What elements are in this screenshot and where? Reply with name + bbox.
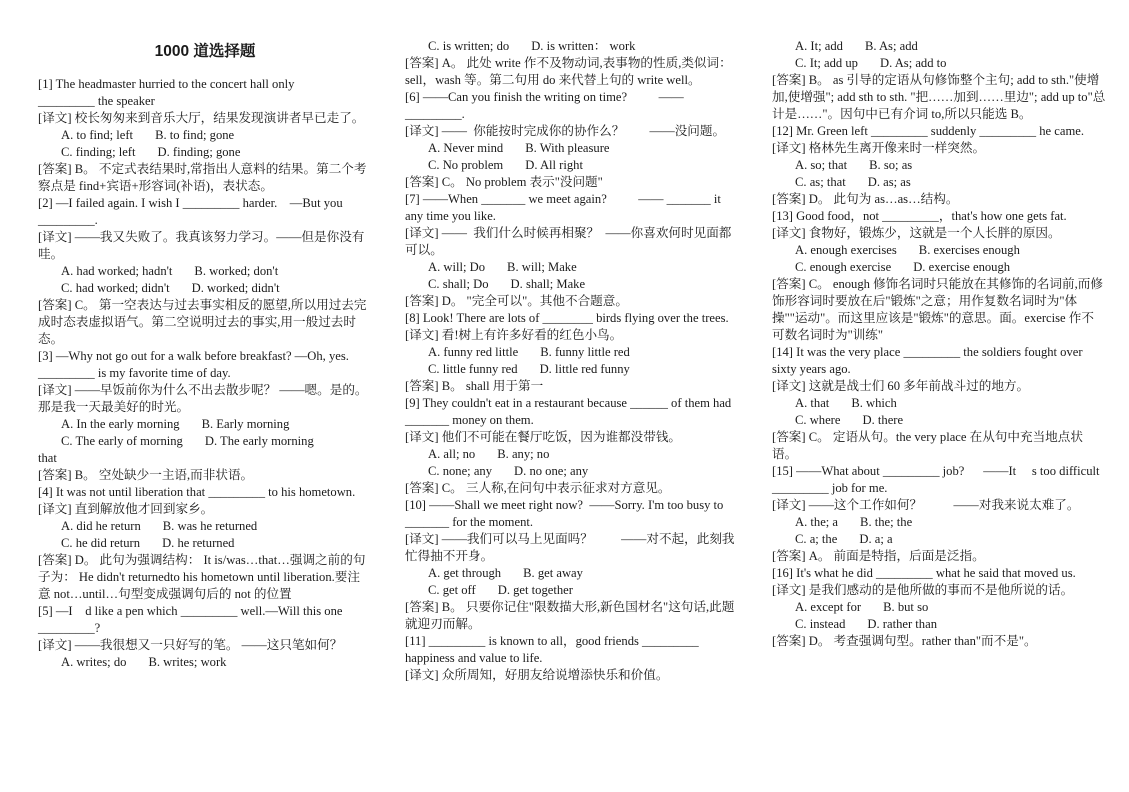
answer-options: A. that B. which — [772, 395, 1106, 412]
text-line: [译文] —— 我们什么时候再相聚？ ——你喜欢何时见面都可以。 — [405, 225, 739, 259]
text-line: [译文] 看!树上有许多好看的红色小鸟。 — [405, 327, 739, 344]
answer-options: A. to find; left B. to find; gone — [38, 127, 372, 144]
text-line: [答案] B。 shall 用于第一 — [405, 378, 739, 395]
column-3: A. It; add B. As; addC. It; add up D. As… — [772, 38, 1106, 650]
text-line: [1] The headmaster hurried to the concer… — [38, 76, 372, 93]
page-title: 1000 道选择题 — [38, 42, 372, 62]
answer-options: C. a; the D. a; a — [772, 531, 1106, 548]
text-line: [答案] B。 不定式表结果时,常指出人意料的结果。第二个考察点是 find+宾… — [38, 161, 372, 195]
text-line: [答案] C。 三人称,在问句中表示征求对方意见。 — [405, 480, 739, 497]
text-line: [译文] ——我们可以马上见面吗？ ——对不起，此刻我忙得抽不开身。 — [405, 531, 739, 565]
text-line: [6] ——Can you finish the writing on time… — [405, 89, 739, 123]
text-line: [答案] C。 No problem 表示"没问题" — [405, 174, 739, 191]
text-line: [3] —Why not go out for a walk before br… — [38, 348, 372, 382]
text-line: [8] Look! There are lots of ________ bir… — [405, 310, 739, 327]
answer-options: A. the; a B. the; the — [772, 514, 1106, 531]
answer-options: A. In the early morning B. Early morning — [38, 416, 372, 433]
answer-options: C. finding; left D. finding; gone — [38, 144, 372, 161]
answer-options: A. It; add B. As; add — [772, 38, 1106, 55]
text-line: [4] It was not until liberation that ___… — [38, 484, 372, 501]
text-line: [5] —I d like a pen which _________ well… — [38, 603, 372, 637]
text-line: [14] It was the very place _________ the… — [772, 344, 1106, 378]
text-line: [译文] ——我又失败了。我真该努力学习。——但是你没有哇。 — [38, 229, 372, 263]
text-line: [译文] 校长匆匆来到音乐大厅，结果发现演讲者早已走了。 — [38, 110, 372, 127]
answer-options: C. enough exercise D. exercise enough — [772, 259, 1106, 276]
text-line: [15] ——What about _________ job? ——It s … — [772, 463, 1106, 497]
text-line: [答案] D。 此句为 as…as…结构。 — [772, 191, 1106, 208]
text-line: [答案] C。 enough 修饰名词时只能放在其修饰的名词前,而修饰形容词时要… — [772, 276, 1106, 344]
text-line: [答案] B。 只要你记住"限数描大形,新色国材名"这句话,此题就迎刃而解。 — [405, 599, 739, 633]
answer-options: C. It; add up D. As; add to — [772, 55, 1106, 72]
answer-options: C. had worked; didn't D. worked; didn't — [38, 280, 372, 297]
text-line: [答案] D。 考查强调句型。rather than"而不是"。 — [772, 633, 1106, 650]
text-line: [9] They couldn't eat in a restaurant be… — [405, 395, 739, 429]
text-line: [答案] C。 第一空表达与过去事实相反的愿望,所以用过去完成时态表虚拟语气。第… — [38, 297, 372, 348]
text-line: [2] —I failed again. I wish I _________ … — [38, 195, 372, 229]
column-1-body: [1] The headmaster hurried to the concer… — [38, 76, 372, 671]
text-line: [译文] —— 你能按时完成你的协作么？ ——没问题。 — [405, 123, 739, 140]
answer-options: A. enough exercises B. exercises enough — [772, 242, 1106, 259]
text-line: [译文] 格林先生离开像来时一样突然。 — [772, 140, 1106, 157]
answer-options: A. will; Do B. will; Make — [405, 259, 739, 276]
answer-options: C. where D. there — [772, 412, 1106, 429]
answer-options: A. funny red little B. funny little red — [405, 344, 739, 361]
text-line: [译文] ——我很想又一只好写的笔。 ——这只笔如何？ — [38, 637, 372, 654]
answer-options: C. none; any D. no one; any — [405, 463, 739, 480]
answer-options: C. The early of morning D. The early mor… — [38, 433, 372, 450]
text-line: [译文] ——这个工作如何？ ——对我来说太难了。 — [772, 497, 1106, 514]
text-line: [答案] D。 "完全可以"。其他不合题意。 — [405, 293, 739, 310]
text-line: _________ the speaker — [38, 93, 372, 110]
text-line: [译文] 直到解放他才回到家乡。 — [38, 501, 372, 518]
answer-options: A. did he return B. was he returned — [38, 518, 372, 535]
answer-options: A. except for B. but so — [772, 599, 1106, 616]
column-1: 1000 道选择题 [1] The headmaster hurried to … — [38, 34, 372, 671]
text-line: [答案] B。 空处缺少一主语,而非状语。 — [38, 467, 372, 484]
text-line: [12] Mr. Green left _________ suddenly _… — [772, 123, 1106, 140]
answer-options: C. as; that D. as; as — [772, 174, 1106, 191]
answer-options: A. Never mind B. With pleasure — [405, 140, 739, 157]
column-3-body: A. It; add B. As; addC. It; add up D. As… — [772, 38, 1106, 650]
text-line: [答案] B。 as 引导的定语从句修饰整个主句; add to sth."使增… — [772, 72, 1106, 123]
text-line: [答案] A。 此处 write 作不及物动词,表事物的性质,类似词： sell… — [405, 55, 739, 89]
answer-options: A. get through B. get away — [405, 565, 739, 582]
text-line: [译文] 他们不可能在餐厅吃饭，因为谁都没带钱。 — [405, 429, 739, 446]
text-line: [答案] A。 前面是特指，后面是泛指。 — [772, 548, 1106, 565]
text-line: [译文] 食物好，锻炼少，这就是一个人长胖的原因。 — [772, 225, 1106, 242]
text-line: [16] It's what he did _________ what he … — [772, 565, 1106, 582]
answer-options: A. had worked; hadn't B. worked; don't — [38, 263, 372, 280]
text-line: [7] ——When _______ we meet again? —— ___… — [405, 191, 739, 225]
text-line: [译文] 这就是战士们 60 多年前战斗过的地方。 — [772, 378, 1106, 395]
text-line: [译文] 是我们感动的是他所做的事而不是他所说的话。 — [772, 582, 1106, 599]
answer-options: C. instead D. rather than — [772, 616, 1106, 633]
column-2-body: C. is written; do D. is written： work[答案… — [405, 38, 739, 684]
text-line: [答案] D。 此句为强调结构： It is/was…that…强调之前的句子为… — [38, 552, 372, 603]
answer-options: C. he did return D. he returned — [38, 535, 372, 552]
text-line: [13] Good food，not _________，that's how … — [772, 208, 1106, 225]
answer-options: C. is written; do D. is written： work — [405, 38, 739, 55]
answer-options: C. little funny red D. little red funny — [405, 361, 739, 378]
answer-options: A. all; no B. any; no — [405, 446, 739, 463]
text-line: [译文] 众所周知，好朋友给说增添快乐和价值。 — [405, 667, 739, 684]
text-line: [答案] C。 定语从句。the very place 在从句中充当地点状语。 — [772, 429, 1106, 463]
text-line: that — [38, 450, 372, 467]
answer-options: A. so; that B. so; as — [772, 157, 1106, 174]
text-line: [10] ——Shall we meet right now? ——Sorry.… — [405, 497, 739, 531]
answer-options: C. No problem D. All right — [405, 157, 739, 174]
text-line: [11] _________ is known to all，good frie… — [405, 633, 739, 667]
column-2: C. is written; do D. is written： work[答案… — [405, 38, 739, 684]
text-line: [译文] ——早饭前你为什么不出去散步呢？ ——嗯。是的。那是我一天最美好的时光… — [38, 382, 372, 416]
answer-options: A. writes; do B. writes; work — [38, 654, 372, 671]
answer-options: C. shall; Do D. shall; Make — [405, 276, 739, 293]
answer-options: C. get off D. get together — [405, 582, 739, 599]
